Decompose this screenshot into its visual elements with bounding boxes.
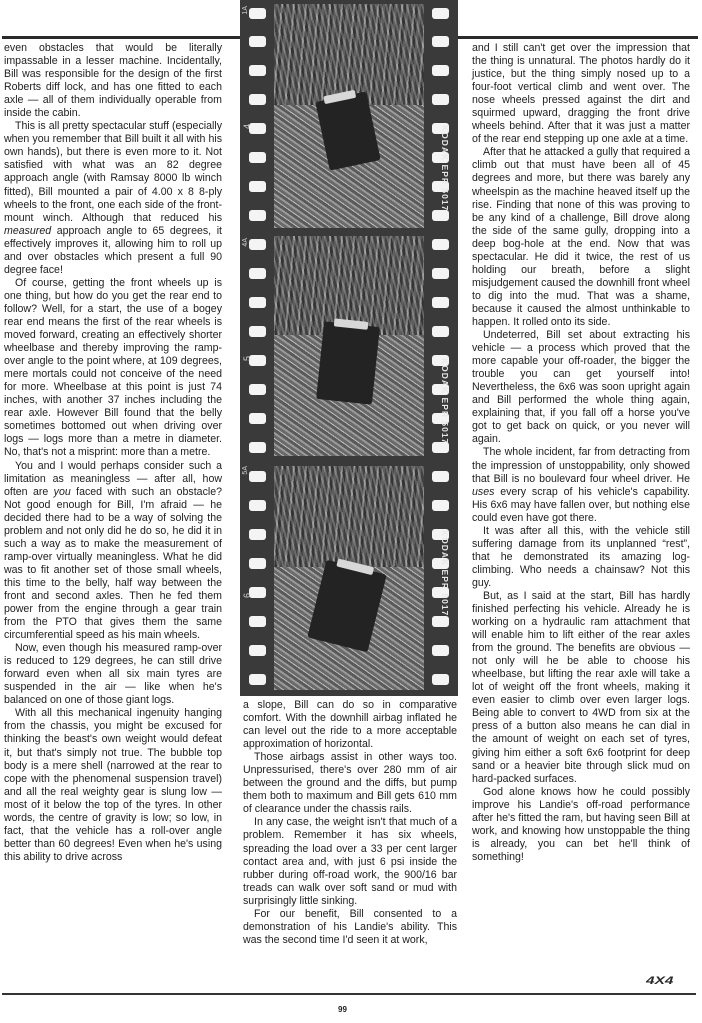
paragraph: This is all pretty spectacular stuff (es… (4, 120, 222, 277)
paragraph: It was after all this, with the vehicle … (472, 525, 690, 590)
perforation (249, 210, 266, 221)
film-edge-text: KODAK EPR 5017 (440, 125, 450, 211)
perforation (432, 94, 449, 105)
paragraph: Undeterred, Bill set about extracting hi… (472, 329, 690, 446)
perforation (432, 268, 449, 279)
paragraph: But, as I said at the start, Bill has ha… (472, 590, 690, 786)
perforation (249, 181, 266, 192)
frame-number: 4 (242, 124, 252, 129)
perforation (432, 210, 449, 221)
paragraph-text: faced with such an obstacle? Not good en… (4, 486, 222, 642)
vehicle-shape (316, 321, 380, 404)
perforation (432, 297, 449, 308)
frame-code: 4A (242, 238, 249, 247)
page-number: 99 (338, 1005, 347, 1014)
frame-code: 5A (242, 466, 249, 475)
emphasis: you (54, 486, 71, 498)
perforation (249, 94, 266, 105)
perforation (432, 239, 449, 250)
emphasis: uses (472, 486, 494, 498)
perforation (432, 36, 449, 47)
paragraph-text: The whole incident, far from detracting … (472, 446, 690, 484)
paragraph: You and I would perhaps consider such a … (4, 460, 222, 643)
paragraph-text: every scrap of his vehicle's capability.… (472, 486, 690, 524)
perforation (249, 471, 266, 482)
perforation (249, 268, 266, 279)
magazine-logo: 4X4 (646, 975, 673, 987)
perforation (249, 529, 266, 540)
paragraph: In any case, the weight isn't that much … (243, 816, 457, 907)
film-edge-text: KODAK EPR 5017 (440, 530, 450, 616)
frame-code: 1A (242, 6, 249, 15)
perforation (249, 152, 266, 163)
perforation (432, 500, 449, 511)
perforation (432, 8, 449, 19)
perforation (432, 471, 449, 482)
top-rule-right (458, 36, 698, 39)
paragraph: The whole incident, far from detracting … (472, 446, 690, 524)
article-column-1: even obstacles that would be literally i… (4, 42, 222, 864)
top-rule-left (2, 36, 240, 39)
perforation (249, 239, 266, 250)
film-strip-photo: KODAK EPR 5017 KODAK EPR 5017 KODAK EPR … (240, 0, 458, 696)
article-column-3: and I still can't get over the impressio… (472, 42, 690, 864)
paragraph: Those airbags assist in other ways too. … (243, 751, 457, 816)
perforation (249, 8, 266, 19)
perforation (249, 384, 266, 395)
paragraph: With all this mechanical ingenuity hangi… (4, 707, 222, 864)
paragraph: Of course, getting the front wheels up i… (4, 277, 222, 460)
perforation (432, 65, 449, 76)
perforation (432, 326, 449, 337)
emphasis: measured (4, 225, 51, 237)
photo-frame-3 (274, 466, 424, 690)
paragraph: Now, even though his measured ramp-over … (4, 642, 222, 707)
perforation (249, 413, 266, 424)
photo-frame-1 (274, 4, 424, 228)
perforation (432, 645, 449, 656)
perforation (249, 645, 266, 656)
perforation (249, 326, 266, 337)
frame-number: 5 (242, 356, 252, 361)
article-column-2: a slope, Bill can do so in comparative c… (243, 699, 457, 947)
paragraph: even obstacles that would be literally i… (4, 42, 222, 120)
paragraph: a slope, Bill can do so in comparative c… (243, 699, 457, 751)
perforation (249, 500, 266, 511)
perforation (249, 442, 266, 453)
paragraph: After that he attacked a gully that requ… (472, 146, 690, 329)
paragraph-text: This is all pretty spectacular stuff (es… (4, 120, 222, 223)
paragraph: God alone knows how he could possibly im… (472, 786, 690, 864)
film-edge-text: KODAK EPR 5017 (440, 358, 450, 444)
bottom-rule (2, 993, 696, 995)
paragraph: For our benefit, Bill consented to a dem… (243, 908, 457, 947)
perforation (432, 674, 449, 685)
perforation (249, 616, 266, 627)
perforation (432, 616, 449, 627)
frame-number: 6 (242, 593, 252, 598)
perforation (249, 297, 266, 308)
perforation (249, 674, 266, 685)
paragraph: and I still can't get over the impressio… (472, 42, 690, 146)
perforation (249, 65, 266, 76)
perforation (249, 36, 266, 47)
photo-frame-2 (274, 236, 424, 456)
perforation (249, 558, 266, 569)
